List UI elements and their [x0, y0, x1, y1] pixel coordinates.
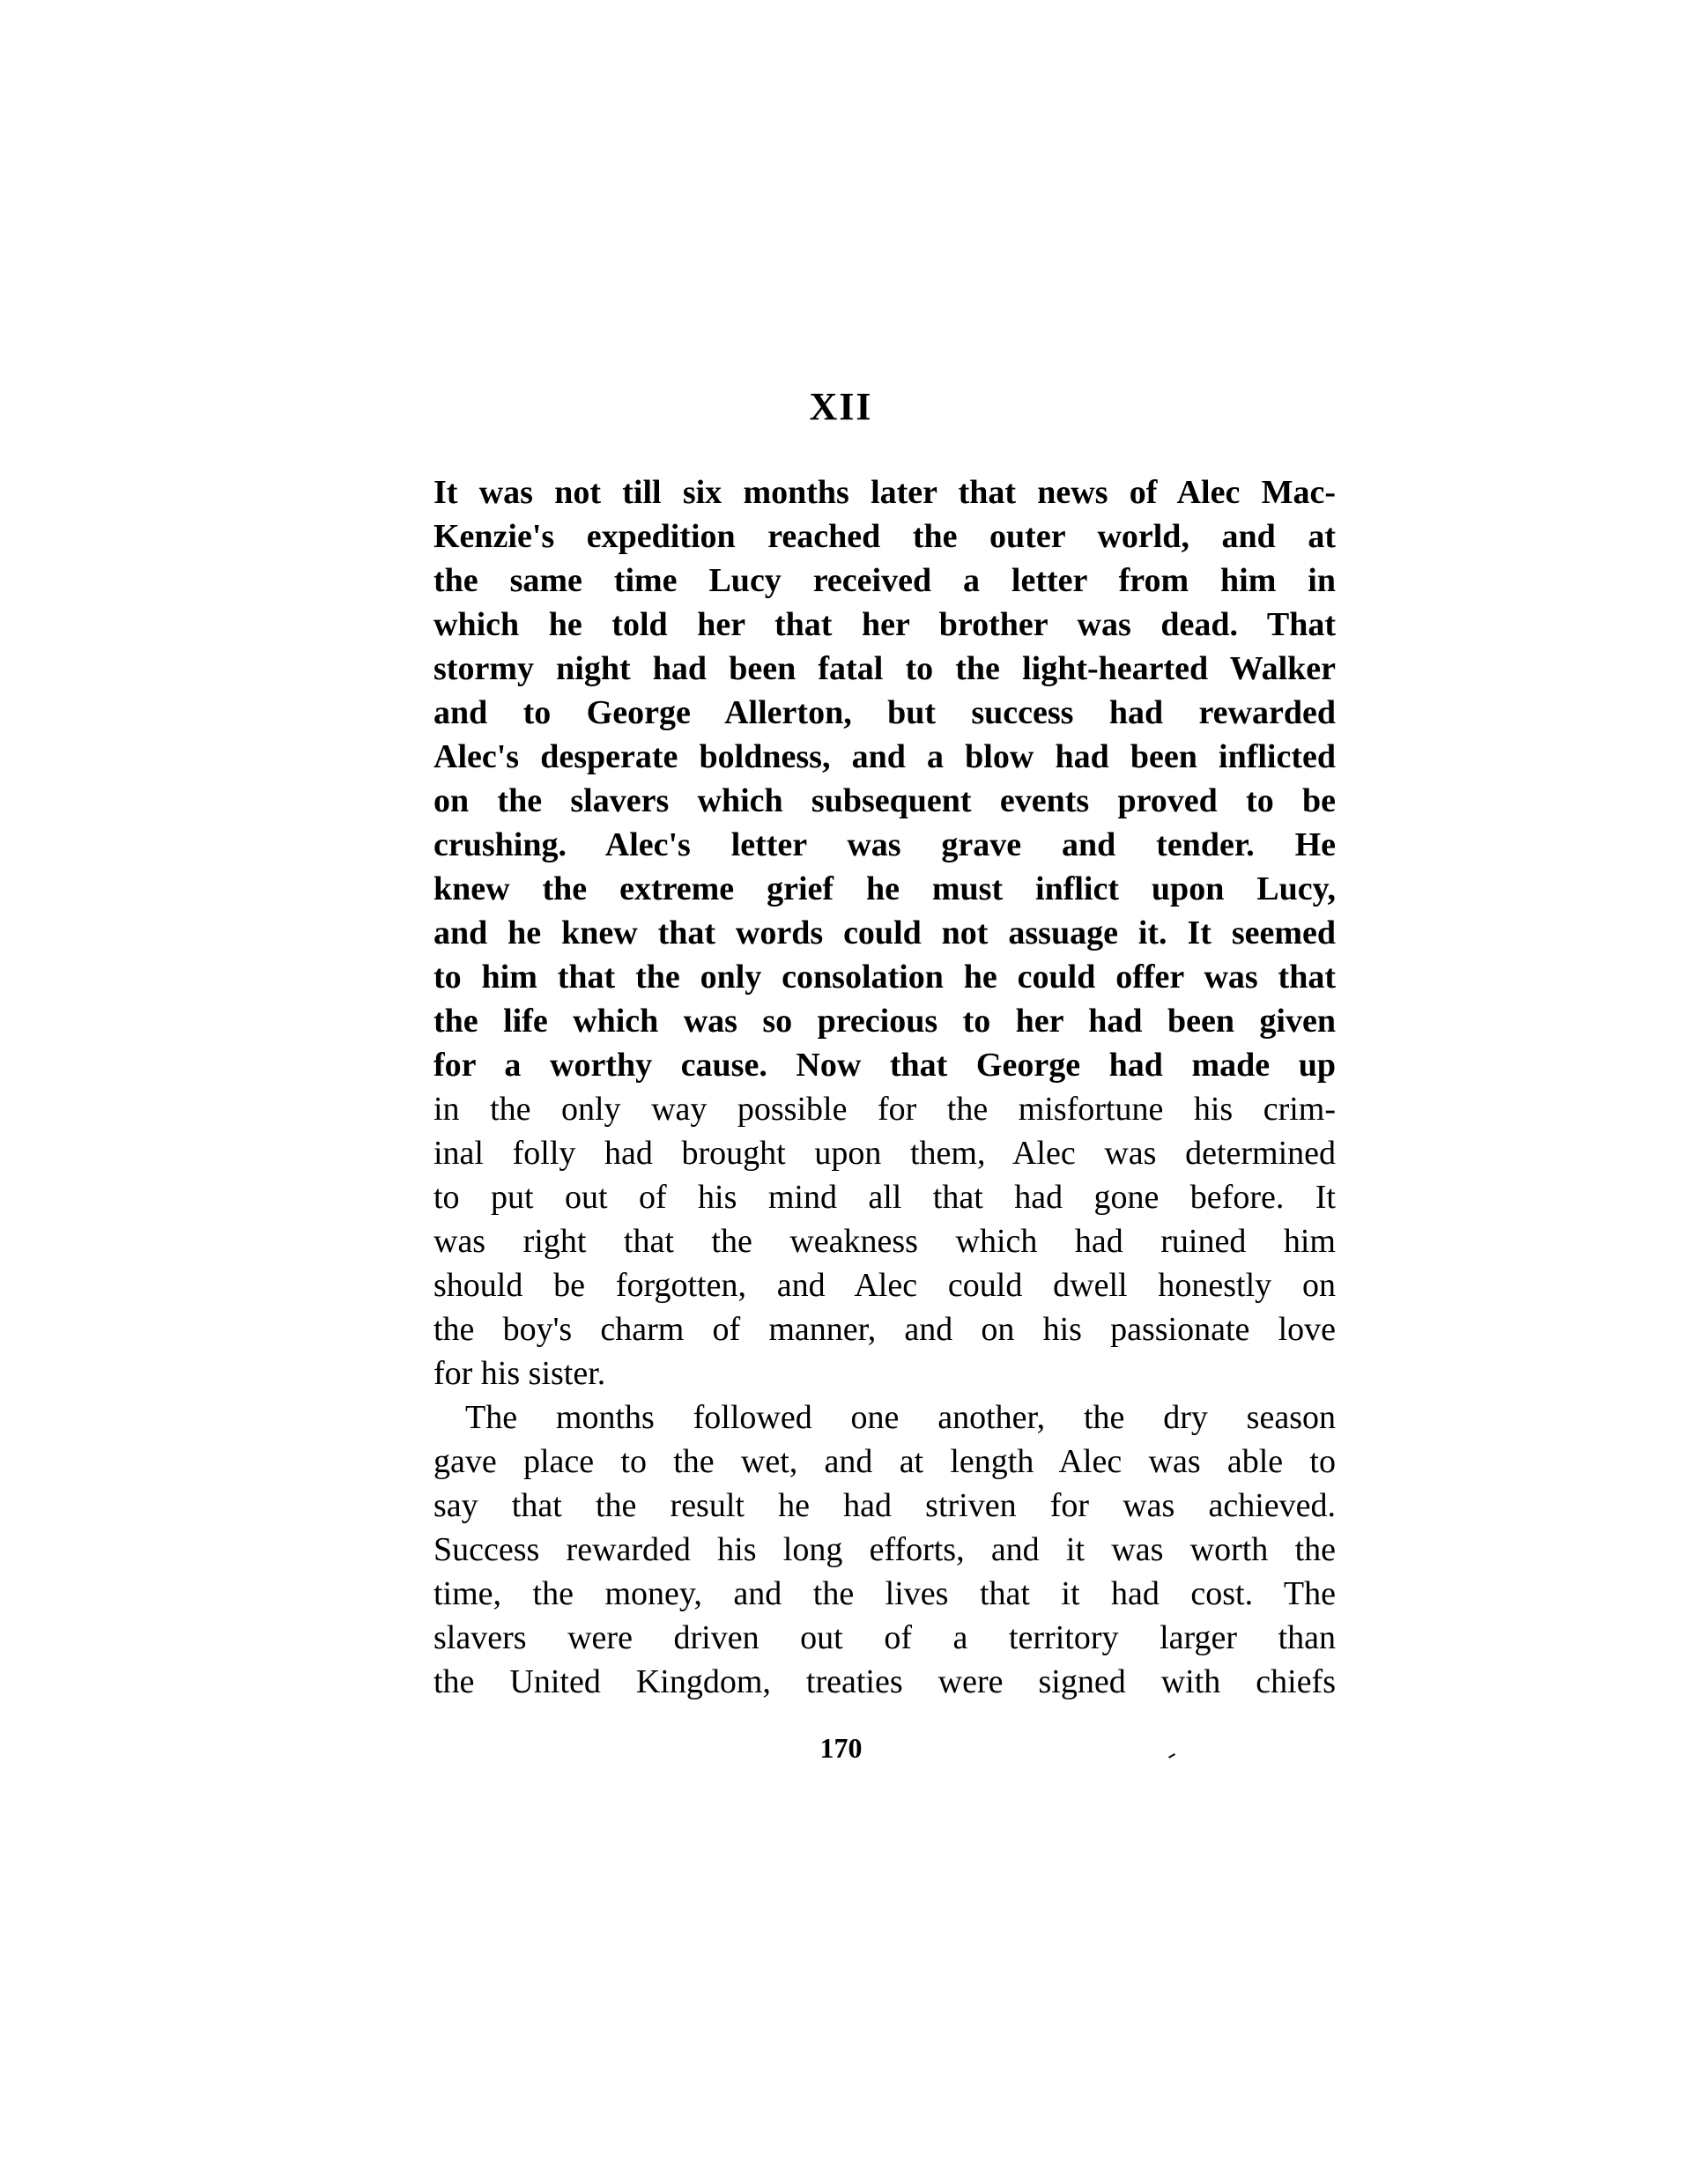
text-line: and he knew that words could not assuage…	[433, 911, 1336, 955]
text-line: gave place to the wet, and at length Ale…	[433, 1440, 1336, 1484]
text-line: to him that the only consolation he coul…	[433, 955, 1336, 999]
text-line: crushing. Alec's letter was grave and te…	[433, 823, 1336, 867]
text-line: for his sister.	[433, 1351, 1336, 1396]
text-line: on the slavers which subsequent events p…	[433, 779, 1336, 823]
page-number: 170	[0, 1729, 1682, 1767]
text-line: Kenzie's expedition reached the outer wo…	[433, 515, 1336, 559]
text-line: Alec's desperate boldness, and a blow ha…	[433, 735, 1336, 779]
text-line: and to George Allerton, but success had …	[433, 691, 1336, 735]
text-line: which he told her that her brother was d…	[433, 603, 1336, 647]
text-line: say that the result he had striven for w…	[433, 1484, 1336, 1528]
text-line: knew the extreme grief he must inflict u…	[433, 867, 1336, 911]
chapter-heading: XII	[0, 381, 1682, 433]
text-line: It was not till six months later that ne…	[433, 470, 1336, 515]
text-line: inal folly had brought upon them, Alec w…	[433, 1131, 1336, 1175]
text-line: to put out of his mind all that had gone…	[433, 1175, 1336, 1219]
body-text: It was not till six months later that ne…	[433, 470, 1336, 1704]
text-line: stormy night had been fatal to the light…	[433, 647, 1336, 691]
text-line: slavers were driven out of a territory l…	[433, 1616, 1336, 1660]
text-line: the same time Lucy received a letter fro…	[433, 559, 1336, 603]
text-line: the United Kingdom, treaties were signed…	[433, 1660, 1336, 1704]
text-line: time, the money, and the lives that it h…	[433, 1572, 1336, 1616]
text-line: The months followed one another, the dry…	[433, 1396, 1336, 1440]
text-line: the boy's charm of manner, and on his pa…	[433, 1307, 1336, 1351]
text-line: was right that the weakness which had ru…	[433, 1219, 1336, 1263]
text-line: should be forgotten, and Alec could dwel…	[433, 1263, 1336, 1307]
text-line: for a worthy cause. Now that George had …	[433, 1043, 1336, 1087]
text-line: in the only way possible for the misfort…	[433, 1087, 1336, 1131]
text-line: Success rewarded his long efforts, and i…	[433, 1528, 1336, 1572]
text-line: the life which was so precious to her ha…	[433, 999, 1336, 1043]
